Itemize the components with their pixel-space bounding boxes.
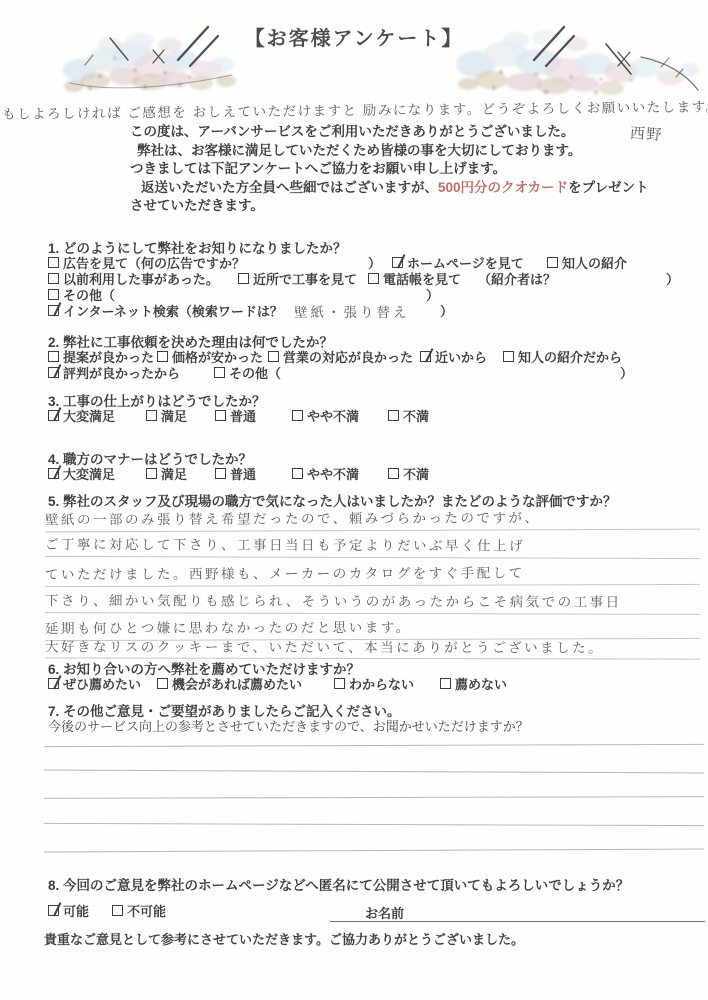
q8-heading: 8. 今回のご意見を弊社のホームページなどへ匿名にて公開させて頂いてもよろしいで…	[48, 874, 629, 894]
q3-option-very-satisfied[interactable]: 大変満足	[48, 406, 115, 425]
checkbox-icon[interactable]	[48, 351, 59, 362]
checkbox-icon[interactable]	[146, 468, 157, 479]
intro-line-1: この度は、アーバンサービスをご利用いただきありがとうございました。	[130, 123, 649, 142]
paren-close: ）	[440, 301, 453, 320]
checkbox-icon[interactable]	[388, 410, 399, 421]
checkbox-icon[interactable]	[112, 905, 123, 916]
q2-option-other[interactable]: その他（	[214, 363, 281, 382]
checkbox-icon[interactable]	[292, 410, 303, 421]
checkbox-icon[interactable]	[48, 905, 59, 916]
q5-answer-line-2: ご丁寧に対応して下さり、工事日当日も予定よりだいぶ早く仕上げ	[45, 530, 700, 559]
checkbox-icon[interactable]	[48, 367, 59, 378]
q5-answer-line-6: 大好きなリスのクッキーまで、いただいて、本当にありがとうございました。	[45, 635, 700, 659]
intro-line-4: 返送いただいた方全員へ些細ではございますが、500円分のクオカードをプレゼント	[130, 179, 649, 198]
name-field-label: お名前	[365, 903, 404, 922]
checkbox-icon[interactable]	[440, 678, 451, 689]
q1-row-1: 広告を見て（何の広告ですか？ ） ホームページを見て 知人の紹介	[0, 253, 708, 270]
q3-option-dissatisfied[interactable]: 不満	[388, 406, 429, 425]
checkbox-icon[interactable]	[146, 410, 157, 421]
checkbox-icon[interactable]	[214, 367, 225, 378]
checkbox-icon[interactable]	[238, 273, 249, 284]
checkbox-icon[interactable]	[420, 351, 431, 362]
q1-row-2: 以前利用した事があった。 近所で工事を見て 電話帳を見て （紹介者は？ ）	[0, 269, 708, 286]
checkbox-icon[interactable]	[48, 273, 59, 284]
q6-option-no-recommend[interactable]: 薦めない	[440, 674, 507, 693]
checkbox-icon[interactable]	[157, 351, 168, 362]
checkbox-icon[interactable]	[215, 410, 226, 421]
q7-blank-line-1	[44, 744, 704, 747]
q4-option-neutral[interactable]: 普通	[215, 464, 256, 483]
q1-row-3: その他（ ）	[0, 285, 708, 302]
survey-page: 【お客様アンケート】 もしよろしければ ご感想を おしえていただけますと 励みに…	[0, 0, 708, 1000]
q1-option-internet-search[interactable]: インターネット検索（検索ワードは？	[48, 301, 283, 320]
q6-option-definitely-recommend[interactable]: ぜひ薦めたい	[48, 674, 141, 693]
checkbox-icon[interactable]	[48, 305, 59, 316]
checkbox-icon[interactable]	[48, 468, 59, 479]
q2-row-2: 評判が良かったから その他（ ）	[0, 363, 708, 380]
checkbox-icon[interactable]	[48, 257, 59, 268]
checkbox-icon[interactable]	[268, 351, 279, 362]
quo-card-highlight: 500円分のクオカード	[438, 180, 568, 195]
q8-option-not-allowed[interactable]: 不可能	[112, 901, 166, 920]
q2-option-reputation[interactable]: 評判が良かったから	[48, 363, 180, 382]
q3-row: 大変満足 満足 普通 やや不満 不満	[0, 406, 708, 423]
intro-line-5: させていただきます。	[130, 197, 649, 216]
q5-answer-line-4: 下さり、細かい気配りも感じられ、そういうのがあったからこそ病気での工事日	[45, 586, 700, 615]
q3-option-neutral[interactable]: 普通	[215, 406, 256, 425]
checkbox-icon[interactable]	[157, 678, 168, 689]
checkbox-icon[interactable]	[48, 289, 59, 300]
q6-option-if-opportunity[interactable]: 機会があれば薦めたい	[157, 674, 302, 693]
q4-row: 大変満足 満足 普通 やや不満 不満	[0, 464, 708, 481]
q4-option-somewhat-dissatisfied[interactable]: やや不満	[292, 464, 359, 483]
checkbox-icon[interactable]	[388, 468, 399, 479]
paren-close: ）	[620, 363, 633, 382]
footer-thanks: 貴重なご意見として参考にさせていただきます。ご協力ありがとうございました。	[44, 929, 524, 948]
page-title: 【お客様アンケート】	[0, 22, 708, 51]
checkbox-icon[interactable]	[503, 351, 514, 362]
q6-option-not-sure[interactable]: わからない	[334, 674, 414, 693]
checkbox-icon[interactable]	[292, 468, 303, 479]
intro-line-3: つきましては下記アンケートへご協力をお願い申し上げます。	[130, 160, 649, 179]
q7-subtext: 今後のサービス向上の参考とさせていただきますので、お聞かせいただけますか？	[48, 716, 529, 735]
q3-option-satisfied[interactable]: 満足	[146, 406, 187, 425]
intro-line-2: 弊社は、お客様に満足していただくため皆様の事を大切にしております。	[130, 142, 649, 161]
checkbox-icon[interactable]	[215, 468, 226, 479]
intro-paragraph: この度は、アーバンサービスをご利用いただきありがとうございました。 弊社は、お客…	[130, 123, 649, 216]
checkbox-icon[interactable]	[368, 273, 379, 284]
q5-answer-line-3: ていただけました。西野様も、メーカーのカタログをすぐ手配して	[45, 558, 700, 587]
q1-search-word-handwriting: 壁紙・張り替え	[294, 301, 410, 321]
name-field-line	[330, 921, 705, 922]
q7-blank-line-5	[44, 849, 704, 853]
q7-blank-line-4	[44, 823, 704, 826]
q2-row-1: 提案が良かった 価格が安かった 営業の対応が良かった 近いから 知人の紹介だから	[0, 347, 708, 364]
checkbox-icon[interactable]	[48, 678, 59, 689]
q5-answer-line-1: 壁紙の一部のみ張り替え希望だったので、頼みづらかったのですが、	[45, 503, 700, 533]
checkbox-icon[interactable]	[392, 257, 403, 268]
q3-option-somewhat-dissatisfied[interactable]: やや不満	[292, 406, 359, 425]
q4-option-satisfied[interactable]: 満足	[146, 464, 187, 483]
q4-option-dissatisfied[interactable]: 不満	[388, 464, 429, 483]
q8-row: 可能 不可能	[0, 901, 708, 918]
q8-option-allowed[interactable]: 可能	[48, 901, 89, 920]
q1-row-4: インターネット検索（検索ワードは？ 壁紙・張り替え ）	[0, 301, 708, 318]
q7-blank-line-2	[44, 770, 704, 774]
q4-option-very-satisfied[interactable]: 大変満足	[48, 464, 115, 483]
q6-row: ぜひ薦めたい 機会があれば薦めたい わからない 薦めない	[0, 674, 708, 691]
q7-blank-line-3	[44, 796, 704, 799]
checkbox-icon[interactable]	[48, 410, 59, 421]
checkbox-icon[interactable]	[547, 257, 558, 268]
checkbox-icon[interactable]	[334, 678, 345, 689]
